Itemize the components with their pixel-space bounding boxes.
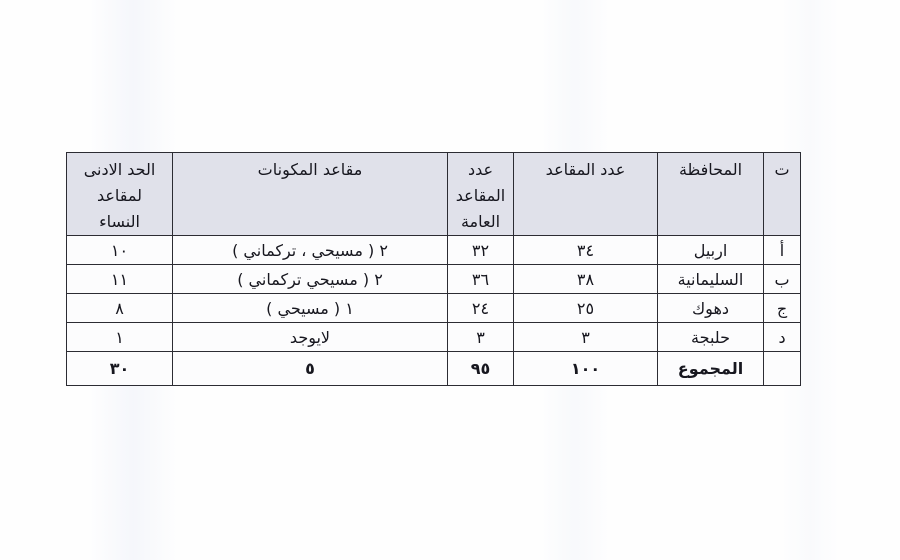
cell-women-min: ١ (67, 323, 173, 352)
cell-women-min: ١١ (67, 265, 173, 294)
header-general-seats-line3: العامة (450, 209, 511, 235)
cell-index: ب (764, 265, 801, 294)
table-row-duhok: ج دهوك ٢٥ ٢٤ ١ ( مسيحي ) ٨ (67, 294, 801, 323)
header-index: ت (764, 153, 801, 236)
cell-women-min: ٨ (67, 294, 173, 323)
cell-seats: ٣٨ (514, 265, 658, 294)
cell-governorate: اربيل (658, 236, 764, 265)
header-women-min-line3: النساء (69, 209, 170, 235)
cell-governorate: حلبجة (658, 323, 764, 352)
cell-total-label: المجموع (658, 352, 764, 386)
header-component-seats: مقاعد المكونات (173, 153, 448, 236)
cell-index: أ (764, 236, 801, 265)
cell-component-seats: ١ ( مسيحي ) (173, 294, 448, 323)
cell-governorate: السليمانية (658, 265, 764, 294)
cell-governorate: دهوك (658, 294, 764, 323)
table-row-erbil: أ اربيل ٣٤ ٣٢ ٢ ( مسيحي ، تركماني ) ١٠ (67, 236, 801, 265)
table-total-row: المجموع ١٠٠ ٩٥ ٥ ٣٠ (67, 352, 801, 386)
table-header-row: ت المحافظة عدد المقاعد عدد المقاعد العام… (67, 153, 801, 236)
scanned-document-page: ت المحافظة عدد المقاعد عدد المقاعد العام… (0, 0, 900, 560)
cell-total-general-seats: ٩٥ (448, 352, 514, 386)
cell-general-seats: ٣ (448, 323, 514, 352)
cell-general-seats: ٣٢ (448, 236, 514, 265)
cell-general-seats: ٢٤ (448, 294, 514, 323)
header-women-min-line2: لمقاعد (69, 183, 170, 209)
governorate-seats-table: ت المحافظة عدد المقاعد عدد المقاعد العام… (66, 152, 801, 386)
table-row-halabja: د حلبجة ٣ ٣ لايوجد ١ (67, 323, 801, 352)
header-women-min-line1: الحد الادنى (69, 157, 170, 183)
header-seats-total: عدد المقاعد (514, 153, 658, 236)
table-row-sulaymaniyah: ب السليمانية ٣٨ ٣٦ ٢ ( مسيحي تركماني ) ١… (67, 265, 801, 294)
cell-seats: ٣٤ (514, 236, 658, 265)
cell-index: د (764, 323, 801, 352)
header-general-seats: عدد المقاعد العامة (448, 153, 514, 236)
header-women-min: الحد الادنى لمقاعد النساء (67, 153, 173, 236)
header-general-seats-line2: المقاعد (450, 183, 511, 209)
header-governorate: المحافظة (658, 153, 764, 236)
cell-general-seats: ٣٦ (448, 265, 514, 294)
cell-component-seats: لايوجد (173, 323, 448, 352)
cell-index-empty (764, 352, 801, 386)
cell-women-min: ١٠ (67, 236, 173, 265)
header-general-seats-line1: عدد (450, 157, 511, 183)
cell-index: ج (764, 294, 801, 323)
cell-seats: ٣ (514, 323, 658, 352)
cell-component-seats: ٢ ( مسيحي تركماني ) (173, 265, 448, 294)
cell-total-women-min: ٣٠ (67, 352, 173, 386)
cell-total-component-seats: ٥ (173, 352, 448, 386)
cell-component-seats: ٢ ( مسيحي ، تركماني ) (173, 236, 448, 265)
cell-seats: ٢٥ (514, 294, 658, 323)
cell-total-seats: ١٠٠ (514, 352, 658, 386)
